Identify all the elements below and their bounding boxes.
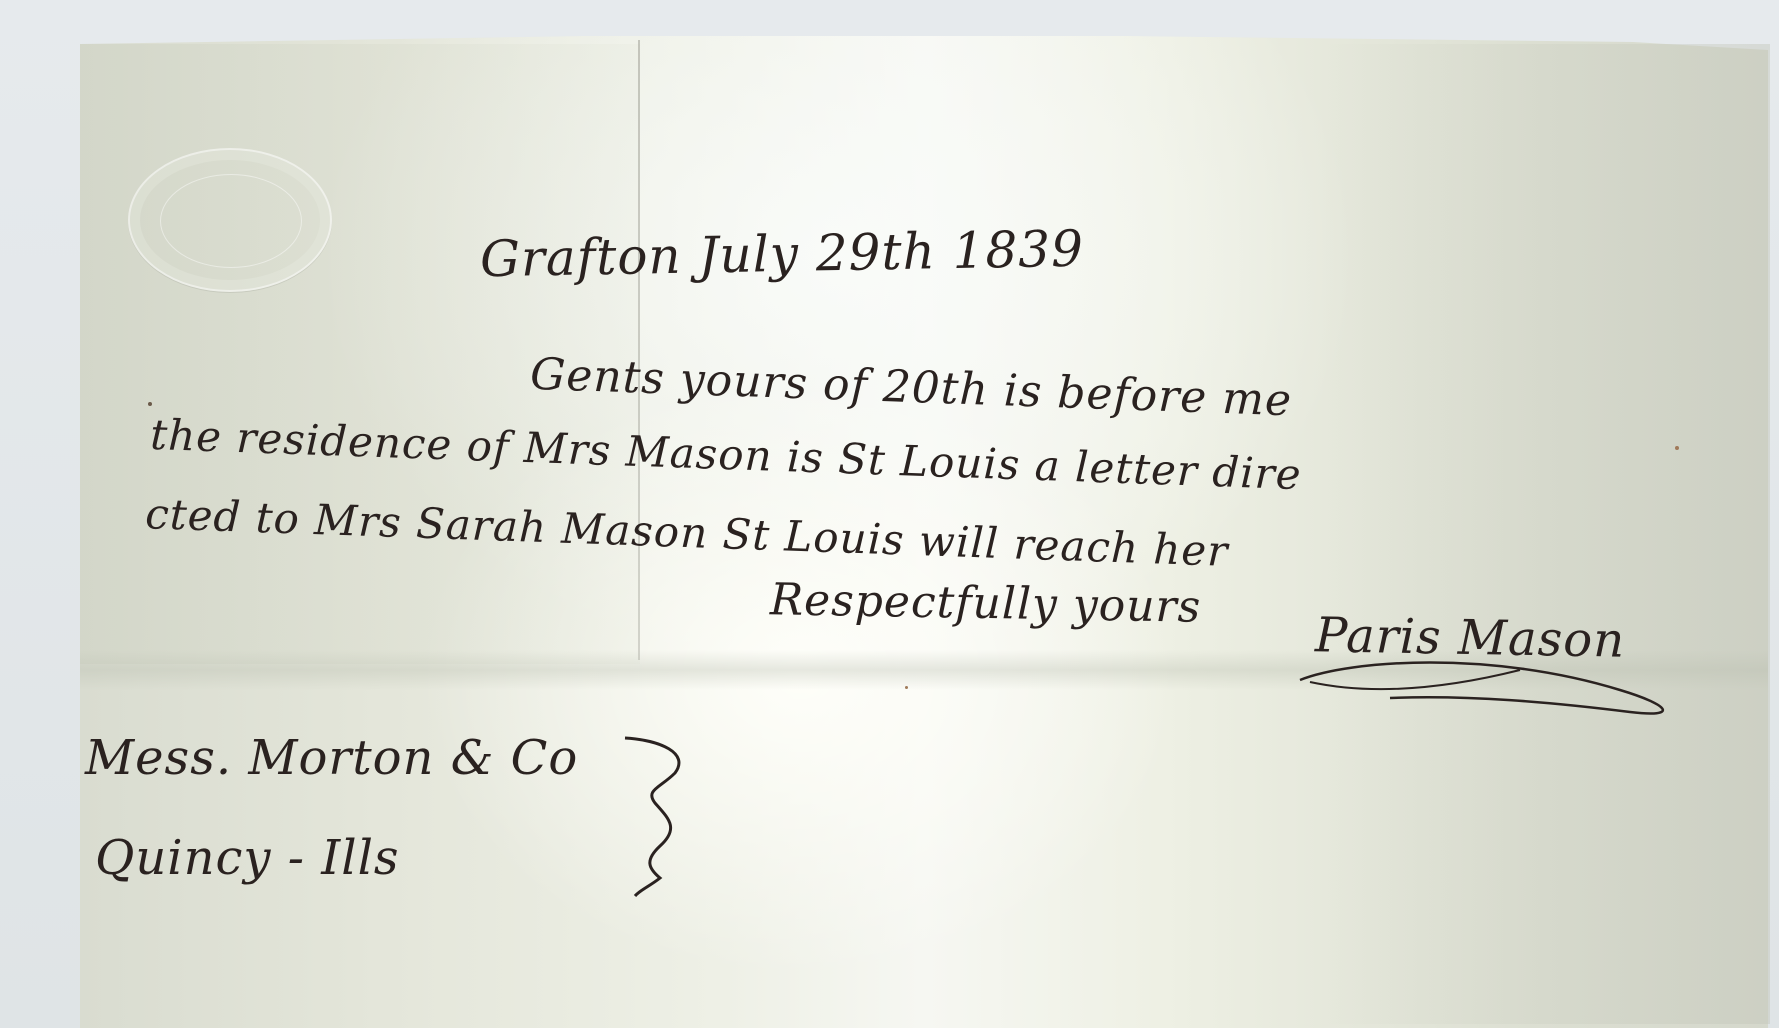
ink-speck <box>905 686 908 689</box>
address-brace-icon <box>620 728 700 898</box>
vertical-fold-line <box>638 40 640 660</box>
ink-speck <box>148 402 152 406</box>
dateline: Grafton July 29th 1839 <box>480 220 1085 289</box>
embossed-seal-inner <box>160 174 302 268</box>
ink-speck <box>1675 446 1679 450</box>
closing: Respectfully yours <box>770 574 1202 633</box>
embossed-seal-icon <box>128 148 332 292</box>
signature-flourish-icon <box>1290 640 1690 720</box>
address-line: Quincy - Ills <box>95 830 400 886</box>
right-panel-shade <box>1320 44 1770 1024</box>
address-line: Mess. Morton & Co <box>85 730 578 786</box>
